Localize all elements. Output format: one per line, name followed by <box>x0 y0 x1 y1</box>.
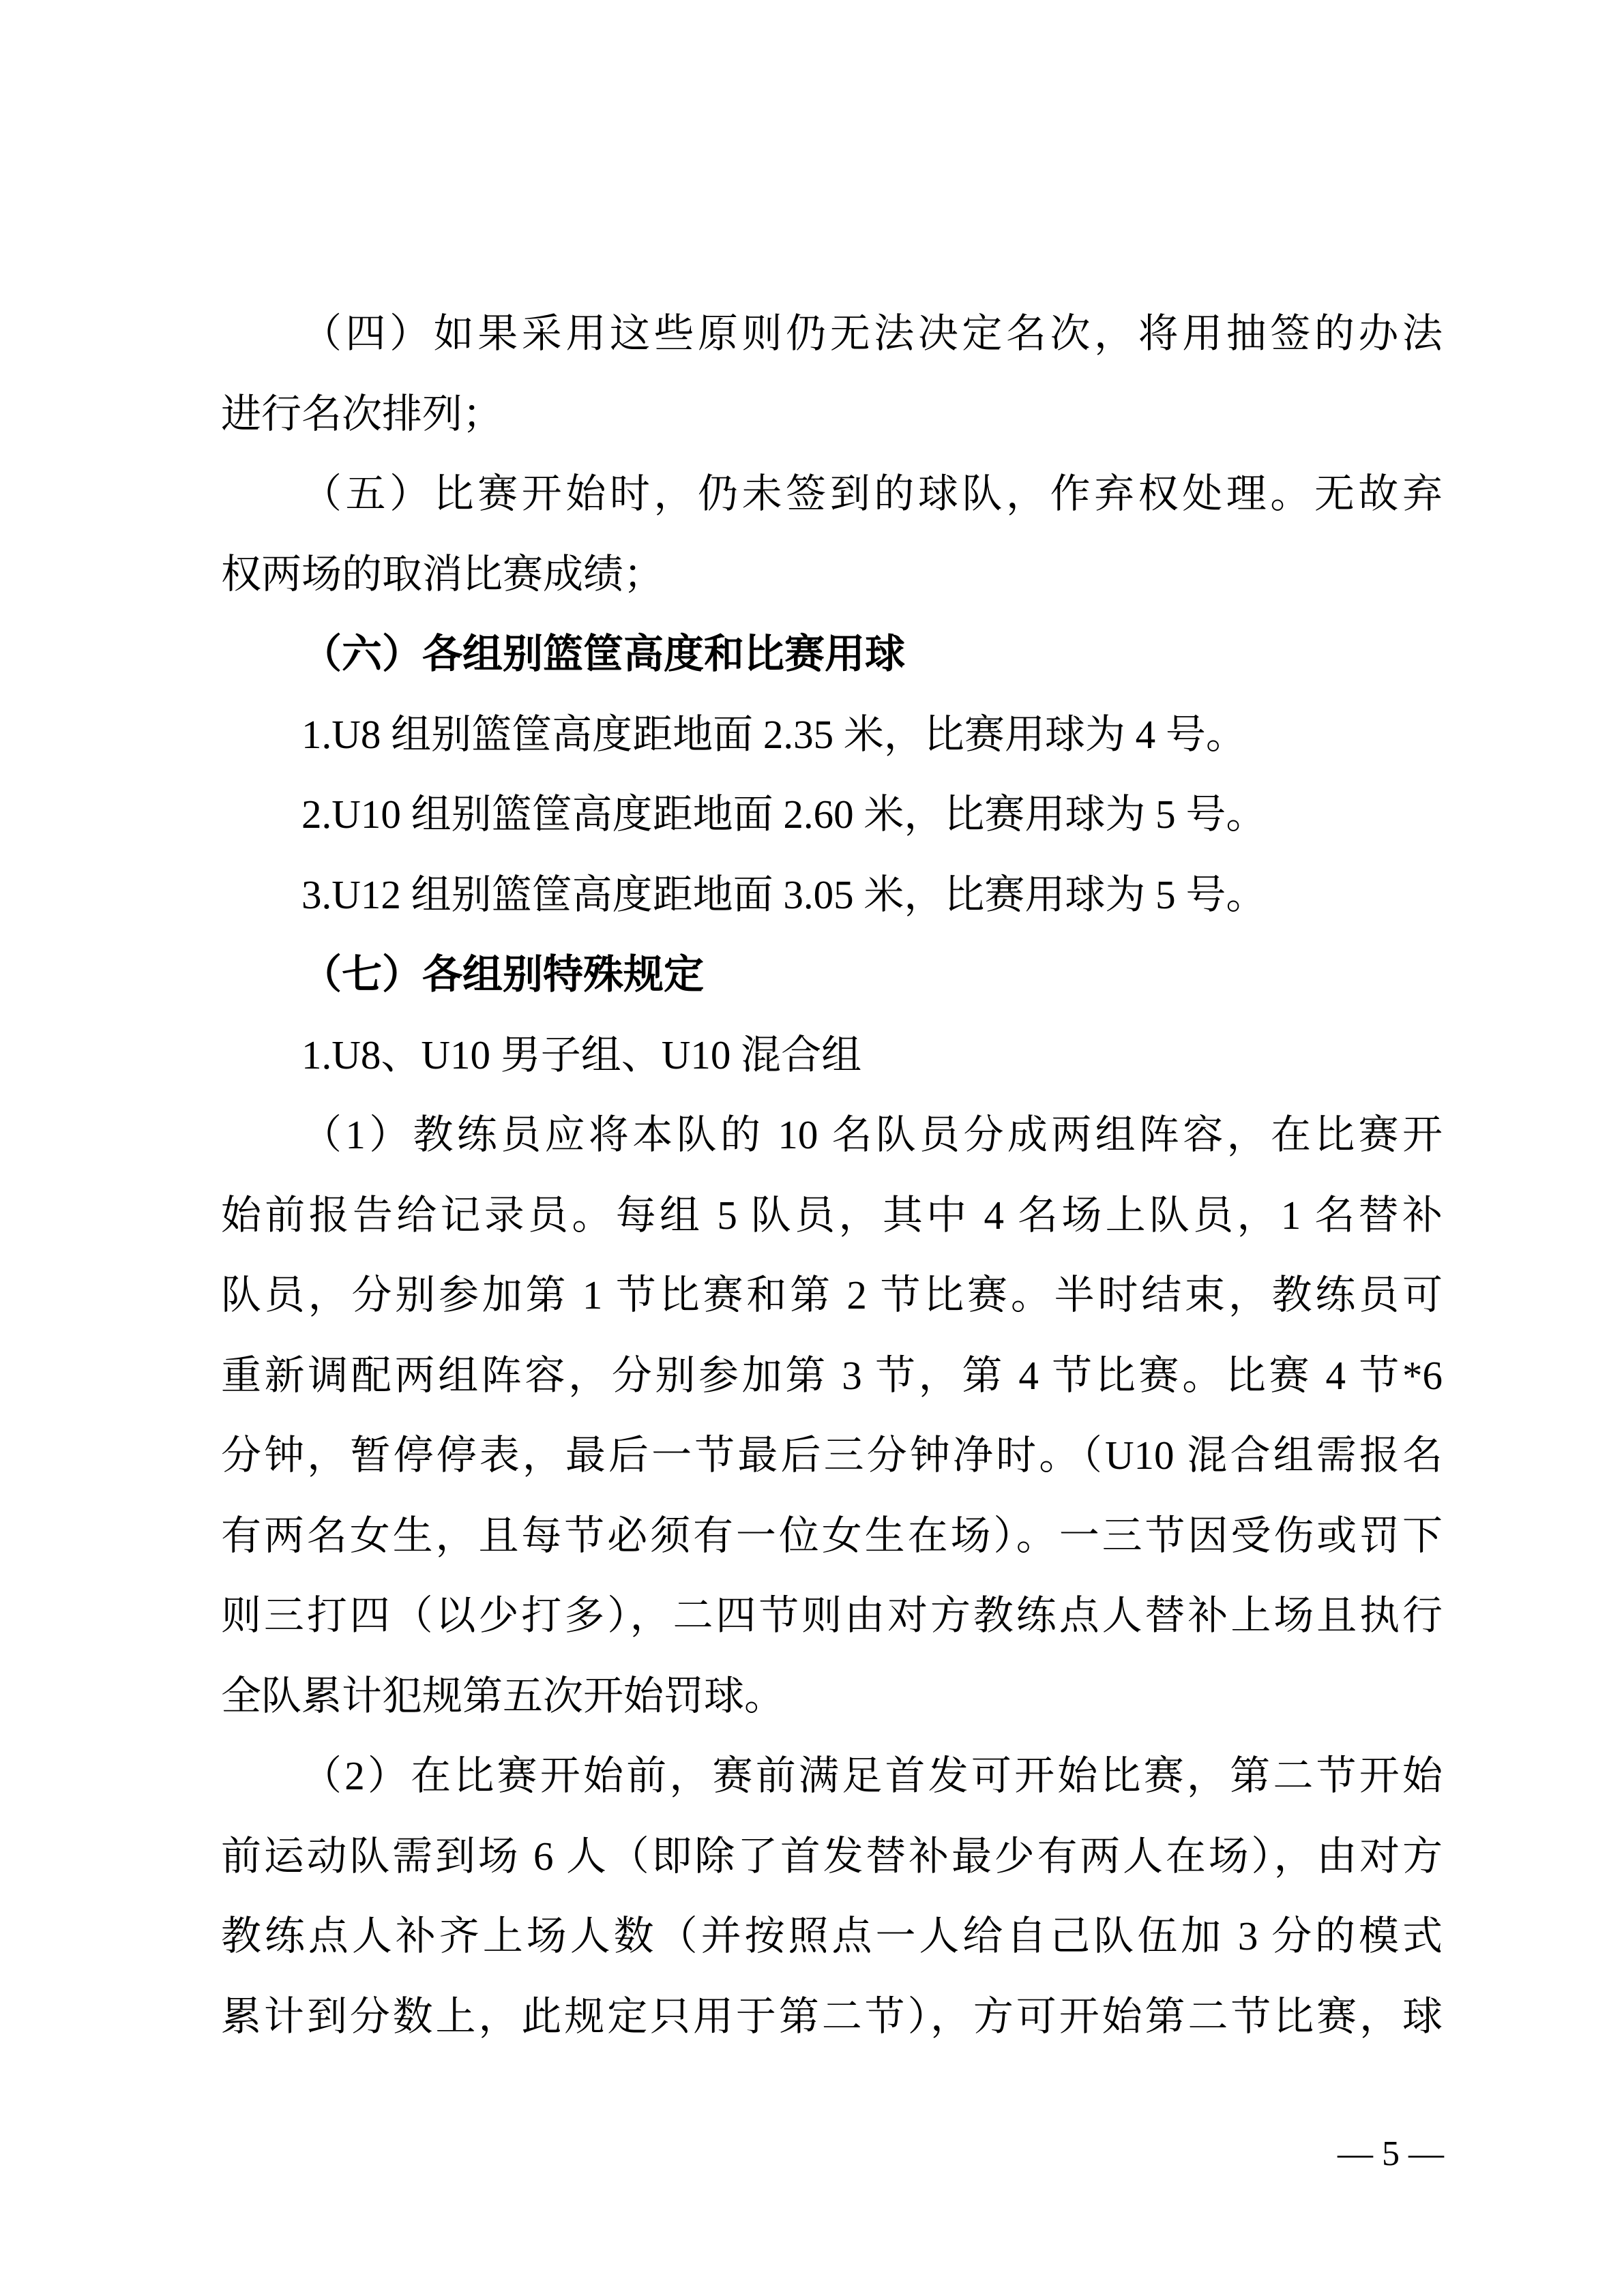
text-line: 1.U8 组别篮筐高度距地面 2.35 米，比赛用球为 4 号。 <box>221 695 1443 775</box>
text-line: 教练点人补齐上场人数（并按照点一人给自己队伍加 3 分的模式 <box>221 1896 1443 1977</box>
document-page: （四）如果采用这些原则仍无法决定名次，将用抽签的办法 进行名次排列； （五）比赛… <box>0 0 1624 2296</box>
text-line: 权两场的取消比赛成绩； <box>221 535 1443 615</box>
text-line: 2.U10 组别篮筐高度距地面 2.60 米，比赛用球为 5 号。 <box>221 775 1443 855</box>
text-line: 进行名次排列； <box>221 374 1443 455</box>
text-line: 队员，分别参加第 1 节比赛和第 2 节比赛。半时结束，教练员可 <box>221 1255 1443 1336</box>
section-heading: （七）各组别特殊规定 <box>221 935 1443 1015</box>
sub-heading: 1.U8、U10 男子组、U10 混合组 <box>221 1015 1443 1096</box>
text-line: 重新调配两组阵容，分别参加第 3 节，第 4 节比赛。比赛 4 节*6 <box>221 1336 1443 1416</box>
text-line: （五）比赛开始时，仍未签到的球队，作弃权处理。无故弃 <box>221 454 1443 535</box>
page-number: — 5 — <box>0 2133 1444 2175</box>
text-line: 则三打四（以少打多），二四节则由对方教练点人替补上场且执行 <box>221 1576 1443 1656</box>
text-line: 始前报告给记录员。每组 5 队员，其中 4 名场上队员，1 名替补 <box>221 1176 1443 1256</box>
text-line: （2）在比赛开始前，赛前满足首发可开始比赛，第二节开始 <box>221 1736 1443 1817</box>
text-line: 有两名女生，且每节必须有一位女生在场）。一三节因受伤或罚下 <box>221 1496 1443 1577</box>
section-heading: （六）各组别篮筐高度和比赛用球 <box>221 614 1443 695</box>
text-line: 3.U12 组别篮筐高度距地面 3.05 米，比赛用球为 5 号。 <box>221 855 1443 936</box>
text-line: 全队累计犯规第五次开始罚球。 <box>221 1656 1443 1737</box>
text-line: 累计到分数上，此规定只用于第二节），方可开始第二节比赛，球 <box>221 1977 1443 2057</box>
text-line: （四）如果采用这些原则仍无法决定名次，将用抽签的办法 <box>221 294 1443 374</box>
text-line: 前运动队需到场 6 人（即除了首发替补最少有两人在场），由对方 <box>221 1817 1443 1897</box>
text-line: （1）教练员应将本队的 10 名队员分成两组阵容，在比赛开 <box>221 1095 1443 1176</box>
text-line: 分钟，暂停停表，最后一节最后三分钟净时。（U10 混合组需报名 <box>221 1416 1443 1496</box>
document-text-block: （四）如果采用这些原则仍无法决定名次，将用抽签的办法 进行名次排列； （五）比赛… <box>221 294 1443 2057</box>
